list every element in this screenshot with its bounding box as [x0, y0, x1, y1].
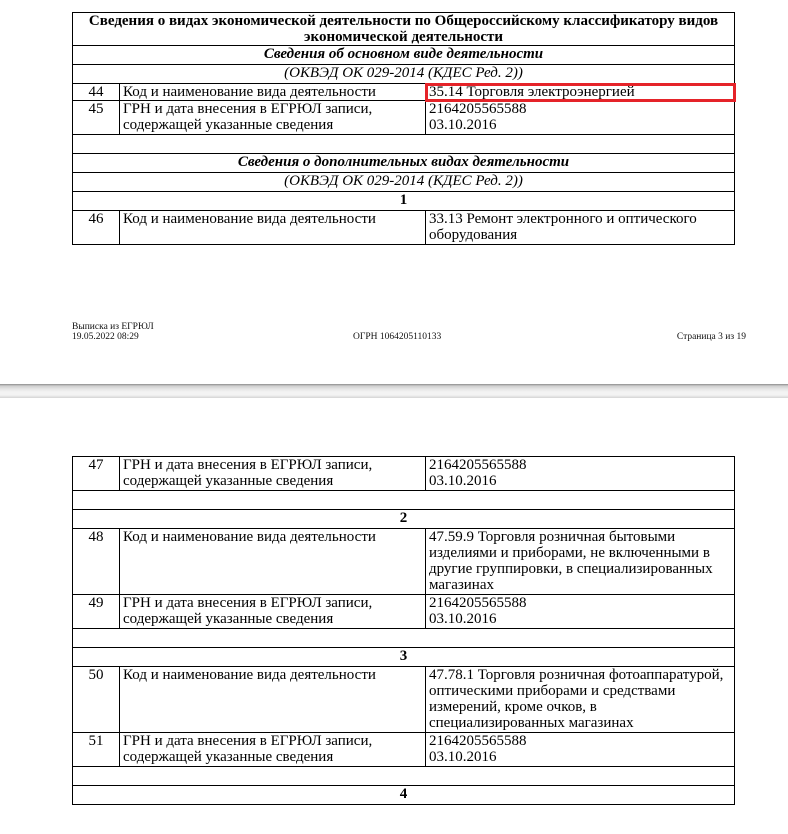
row-number: 44 — [73, 84, 120, 101]
table-row: 46 Код и наименование вида деятельности … — [73, 211, 735, 245]
row-value: 2164205565588 03.10.2016 — [426, 457, 735, 491]
row-label: Код и наименование вида деятельности — [120, 529, 426, 595]
row-value: 33.13 Ремонт электронного и оптического … — [426, 211, 735, 245]
additional-classifier-note: (ОКВЭД ОК 029-2014 (КДЕС Ред. 2)) — [73, 173, 735, 192]
row-value: 47.59.9 Торговля розничная бытовыми изде… — [426, 529, 735, 595]
grn-number: 2164205565588 — [429, 733, 731, 749]
table-row: 47 ГРН и дата внесения в ЕГРЮЛ записи, с… — [73, 457, 735, 491]
group-index: 1 — [73, 192, 735, 211]
row-number: 50 — [73, 667, 120, 733]
row-value: 2164205565588 03.10.2016 — [426, 101, 735, 135]
group-index: 3 — [73, 648, 735, 667]
grn-date: 03.10.2016 — [429, 117, 731, 133]
row-label: ГРН и дата внесения в ЕГРЮЛ записи, соде… — [120, 733, 426, 767]
row-label: Код и наименование вида деятельности — [120, 84, 426, 101]
blank-row — [73, 767, 735, 786]
grn-date: 03.10.2016 — [429, 611, 731, 627]
row-label: ГРН и дата внесения в ЕГРЮЛ записи, соде… — [120, 101, 426, 135]
row-number: 45 — [73, 101, 120, 135]
row-label: ГРН и дата внесения в ЕГРЮЛ записи, соде… — [120, 457, 426, 491]
row-value: 2164205565588 03.10.2016 — [426, 733, 735, 767]
blank-row — [73, 491, 735, 510]
row-number: 48 — [73, 529, 120, 595]
footer-ogrn: ОГРН 1064205110133 — [353, 332, 441, 342]
document-page-4: 47 ГРН и дата внесения в ЕГРЮЛ записи, с… — [0, 398, 788, 834]
additional-activities-title: Сведения о дополнительных видах деятельн… — [73, 154, 735, 173]
main-activity-value-highlighted[interactable]: 35.14 Торговля электроэнергией — [426, 84, 735, 101]
table-row: 45 ГРН и дата внесения в ЕГРЮЛ записи, с… — [73, 101, 735, 135]
grn-date: 03.10.2016 — [429, 473, 731, 489]
document-page-3: Сведения о видах экономической деятельно… — [0, 0, 788, 384]
table-row: 48 Код и наименование вида деятельности … — [73, 529, 735, 595]
activity-table-page-3: Сведения о видах экономической деятельно… — [72, 12, 735, 245]
table-row: 44 Код и наименование вида деятельности … — [73, 84, 735, 101]
row-number: 49 — [73, 595, 120, 629]
footer-page-info: Страница 3 из 19 — [677, 332, 746, 342]
main-activity-title: Сведения об основном виде деятельности — [73, 46, 735, 65]
page-separator — [0, 384, 788, 398]
section-title: Сведения о видах экономической деятельно… — [73, 13, 735, 46]
blank-row — [73, 135, 735, 154]
group-index: 4 — [73, 786, 735, 805]
activity-table-page-4: 47 ГРН и дата внесения в ЕГРЮЛ записи, с… — [72, 456, 735, 805]
row-value: 47.78.1 Торговля розничная фотоаппаратур… — [426, 667, 735, 733]
group-index: 2 — [73, 510, 735, 529]
footer-datetime: 19.05.2022 08:29 — [72, 332, 154, 342]
row-label: Код и наименование вида деятельности — [120, 667, 426, 733]
row-number: 47 — [73, 457, 120, 491]
classifier-note: (ОКВЭД ОК 029-2014 (КДЕС Ред. 2)) — [73, 65, 735, 84]
grn-number: 2164205565588 — [429, 101, 731, 117]
row-number: 51 — [73, 733, 120, 767]
table-row: 50 Код и наименование вида деятельности … — [73, 667, 735, 733]
table-row: 49 ГРН и дата внесения в ЕГРЮЛ записи, с… — [73, 595, 735, 629]
row-label: Код и наименование вида деятельности — [120, 211, 426, 245]
row-value: 2164205565588 03.10.2016 — [426, 595, 735, 629]
grn-number: 2164205565588 — [429, 457, 731, 473]
grn-number: 2164205565588 — [429, 595, 731, 611]
table-row: 51 ГРН и дата внесения в ЕГРЮЛ записи, с… — [73, 733, 735, 767]
grn-date: 03.10.2016 — [429, 749, 731, 765]
footer-doc-name: Выписка из ЕГРЮЛ — [72, 322, 154, 332]
row-number: 46 — [73, 211, 120, 245]
blank-row — [73, 629, 735, 648]
row-label: ГРН и дата внесения в ЕГРЮЛ записи, соде… — [120, 595, 426, 629]
